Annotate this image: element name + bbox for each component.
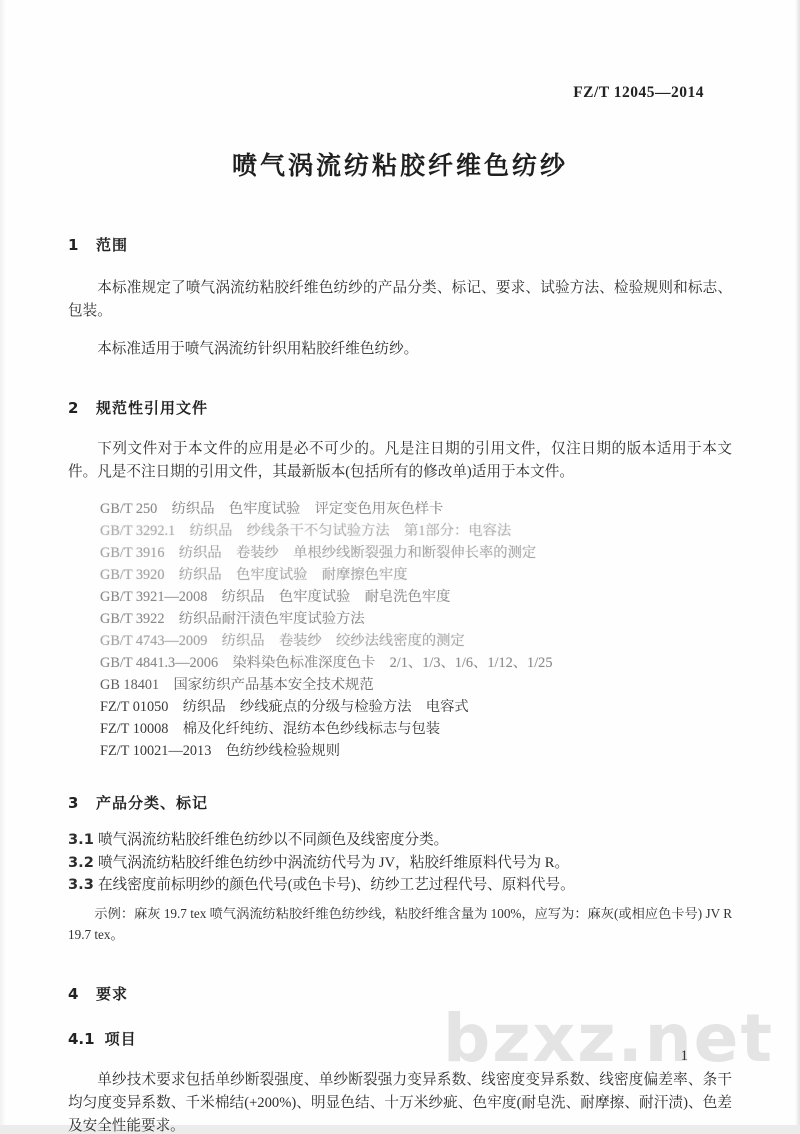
clause-number: 3.2 [68,852,98,875]
section-3-number: 3 [68,794,82,812]
reference-item: GB/T 3921—2008 纺织品 色牢度试验 耐皂洗色牢度 [100,586,732,608]
section-1-heading: 1范围 [68,234,732,255]
section-2-number: 2 [68,399,82,417]
page-number: 1 [681,1048,689,1065]
section-4-number: 4 [68,985,82,1003]
clause-3-2: 3.2 喷气涡流纺粘胶纤维色纺纱中涡流纺代号为 JV，粘胶纤维原料代号为 R。 [68,852,732,875]
reference-item: GB/T 250 纺织品 色牢度试验 评定变色用灰色样卡 [100,498,732,520]
scope-paragraph-2: 本标准适用于喷气涡流纺针织用粘胶纤维色纺纱。 [68,338,732,361]
reference-item: GB/T 3292.1 纺织品 纱线条干不匀试验方法 第1部分：电容法 [100,520,732,542]
standard-code: FZ/T 12045—2014 [68,84,732,102]
reference-item: GB/T 4841.3—2006 染料染色标准深度色卡 2/1、1/3、1/6、… [100,652,732,674]
section-4-1-number: 4.1 [68,1030,95,1048]
clause-text: 喷气涡流纺粘胶纤维色纺纱以不同颜色及线密度分类。 [98,829,732,852]
section-1-title: 范围 [96,236,128,254]
reference-item: GB 18401 国家纺织产品基本安全技术规范 [100,674,732,696]
reference-item: FZ/T 10008 棉及化纤纯纺、混纺本色纱线标志与包装 [100,718,732,740]
reference-item: GB/T 3920 纺织品 色牢度试验 耐摩擦色牢度 [100,564,732,586]
section-4-heading: 4要求 [68,983,732,1004]
document-page: bzxz.net 1 FZ/T 12045—2014 喷气涡流纺粘胶纤维色纺纱 … [0,0,800,1134]
section-2-heading: 2规范性引用文件 [68,397,732,418]
requirements-paragraph: 单纱技术要求包括单纱断裂强度、单纱断裂强力变异系数、线密度变异系数、线密度偏差率… [68,1069,732,1134]
reference-item: FZ/T 01050 纺织品 纱线疵点的分级与检验方法 电容式 [100,696,732,718]
classification-clauses: 3.1 喷气涡流纺粘胶纤维色纺纱以不同颜色及线密度分类。 3.2 喷气涡流纺粘胶… [68,829,732,897]
scope-paragraph-1: 本标准规定了喷气涡流纺粘胶纤维色纺纱的产品分类、标记、要求、试验方法、检验规则和… [68,277,732,323]
clause-text: 在线密度前标明纱的颜色代号(或色卡号)、纺纱工艺过程代号、原料代号。 [98,874,732,897]
marking-example: 示例：麻灰 19.7 tex 喷气涡流纺粘胶纤维色纺纱线，粘胶纤维含量为 100… [68,903,732,945]
section-4-title: 要求 [96,985,128,1003]
reference-item: FZ/T 10021—2013 色纺纱线检验规则 [100,740,732,762]
clause-number: 3.1 [68,829,98,852]
section-4-1-heading: 4.1项目 [68,1028,732,1049]
document-title: 喷气涡流纺粘胶纤维色纺纱 [68,146,732,182]
reference-item: GB/T 3922 纺织品耐汗渍色牢度试验方法 [100,608,732,630]
section-1-number: 1 [68,236,82,254]
clause-3-3: 3.3 在线密度前标明纱的颜色代号(或色卡号)、纺纱工艺过程代号、原料代号。 [68,874,732,897]
clause-number: 3.3 [68,874,98,897]
section-3-heading: 3产品分类、标记 [68,792,732,813]
page-content: FZ/T 12045—2014 喷气涡流纺粘胶纤维色纺纱 1范围 本标准规定了喷… [0,0,800,1134]
reference-item: GB/T 3916 纺织品 卷装纱 单根纱线断裂强力和断裂伸长率的测定 [100,542,732,564]
references-intro: 下列文件对于本文件的应用是必不可少的。凡是注日期的引用文件，仅注日期的版本适用于… [68,438,732,484]
section-3-title: 产品分类、标记 [96,794,208,812]
clause-text: 喷气涡流纺粘胶纤维色纺纱中涡流纺代号为 JV，粘胶纤维原料代号为 R。 [98,852,732,875]
normative-references-list: GB/T 250 纺织品 色牢度试验 评定变色用灰色样卡 GB/T 3292.1… [68,498,732,762]
section-2-title: 规范性引用文件 [96,399,208,417]
clause-3-1: 3.1 喷气涡流纺粘胶纤维色纺纱以不同颜色及线密度分类。 [68,829,732,852]
section-4-1-title: 项目 [105,1030,137,1048]
reference-item: GB/T 4743—2009 纺织品 卷装纱 绞纱法线密度的测定 [100,630,732,652]
